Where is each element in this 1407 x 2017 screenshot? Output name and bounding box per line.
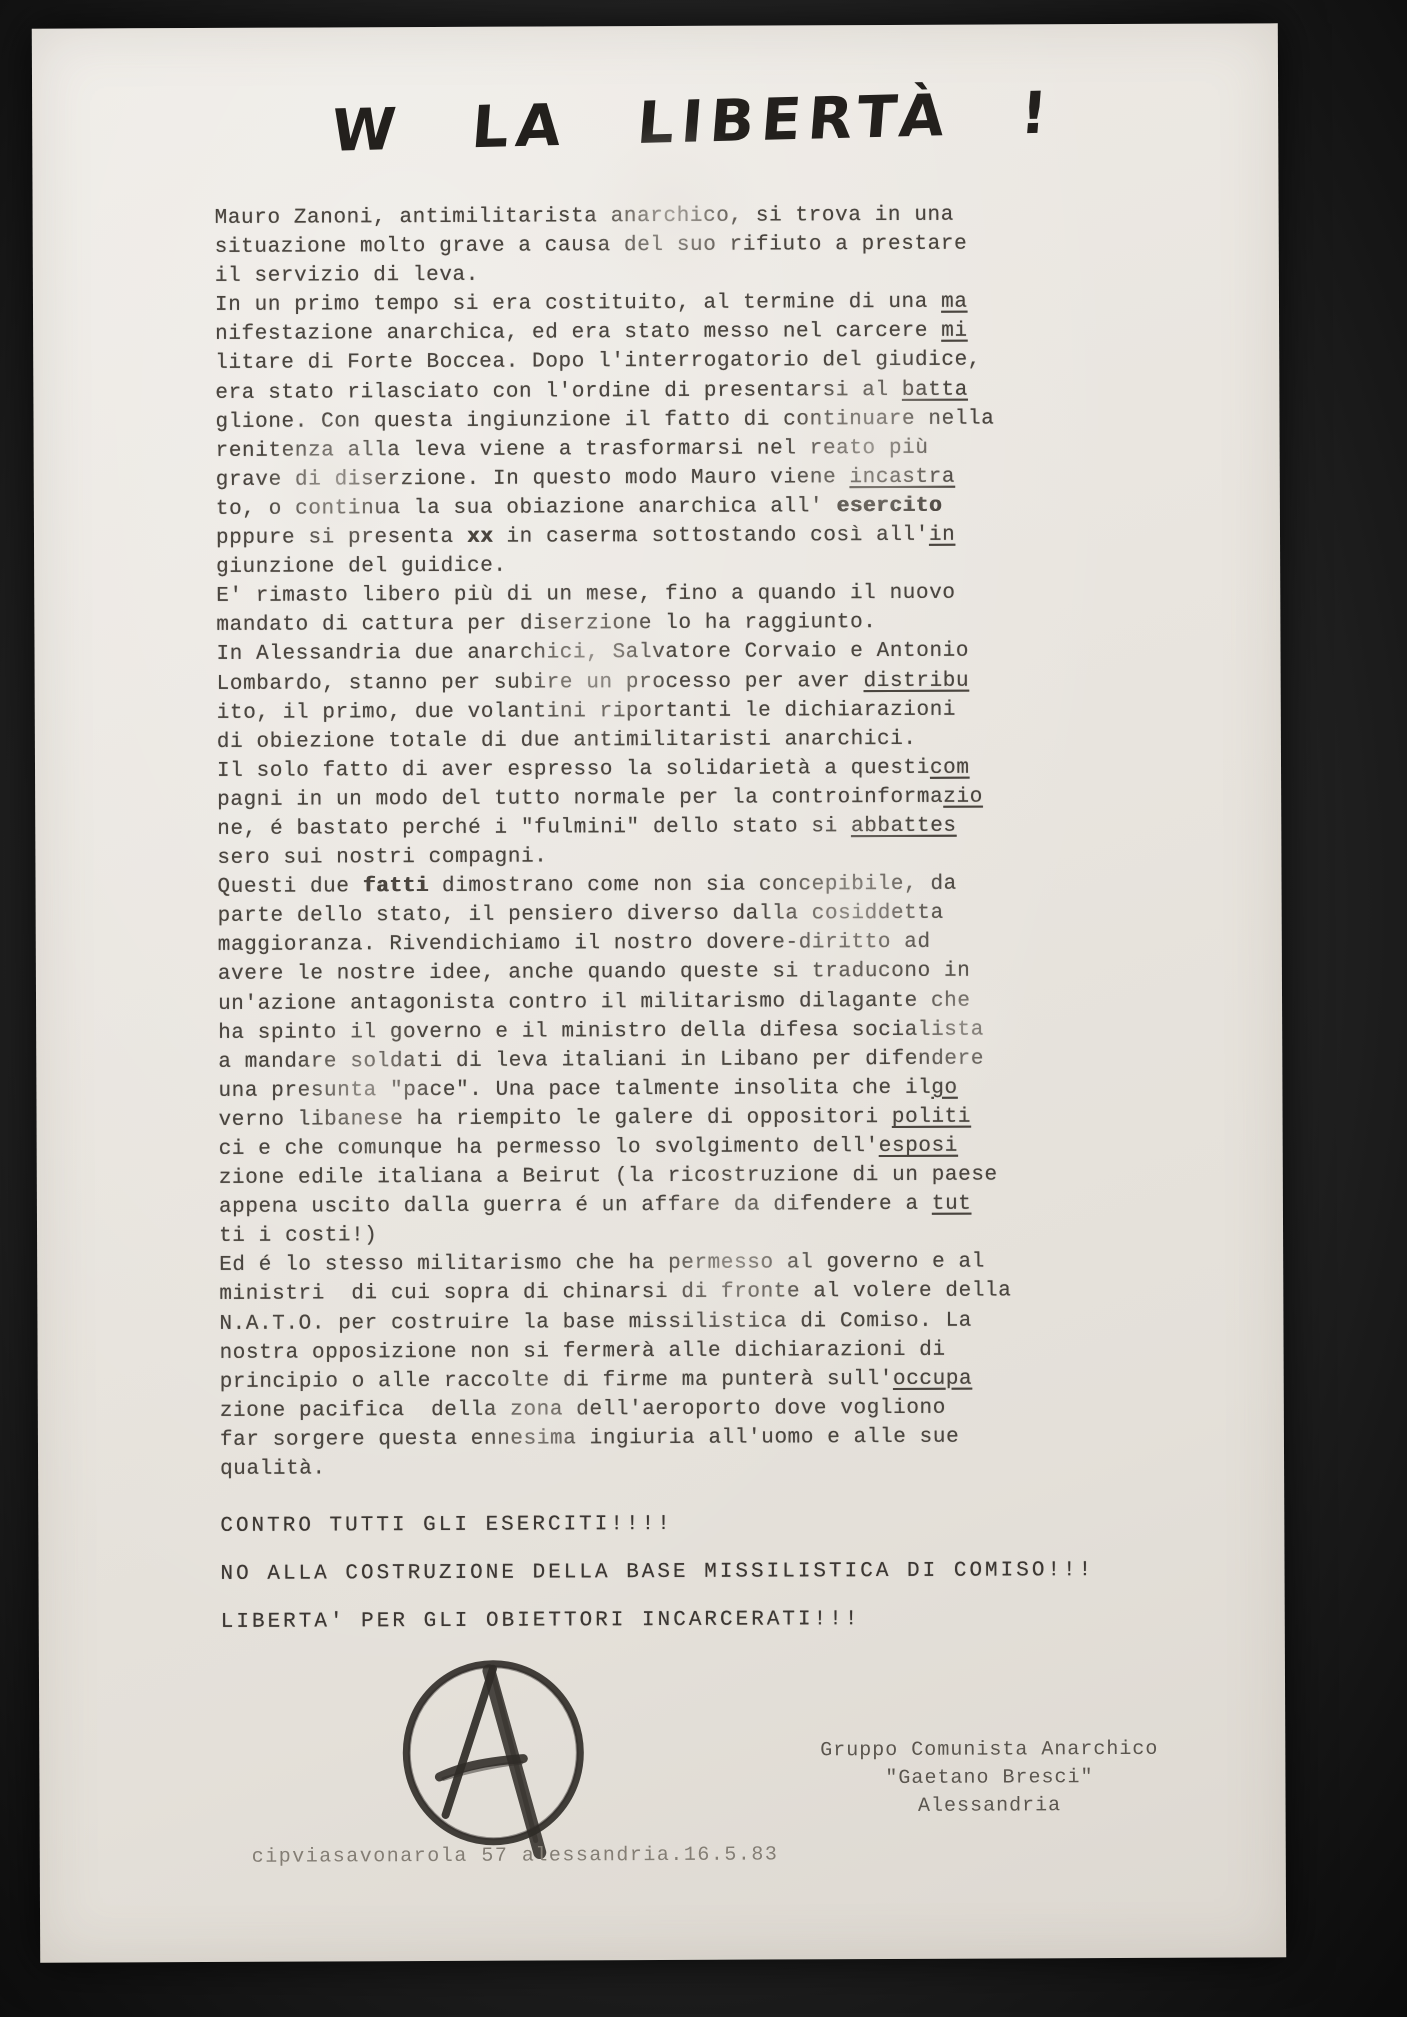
text-line: situazione molto grave a causa del suo r… bbox=[215, 230, 995, 262]
text-line: appena uscito dalla guerra é un affare d… bbox=[219, 1190, 999, 1222]
text-line: verno libanese ha riempito le galere di … bbox=[218, 1102, 998, 1134]
anarchy-circle-a-icon bbox=[389, 1654, 602, 1867]
signature-group: Gruppo Comunista Anarchico bbox=[739, 1735, 1239, 1765]
text-line: parte dello stato, il pensiero diverso d… bbox=[218, 899, 998, 931]
text-line: qualità. bbox=[220, 1452, 1000, 1484]
text-line: pppure si presenta xx in caserma sottost… bbox=[216, 521, 996, 553]
text-line: ti i costi!) bbox=[219, 1219, 999, 1251]
text-line: litare di Forte Boccea. Dopo l'interroga… bbox=[215, 346, 995, 378]
text-line: to, o continua la sua obiazione anarchic… bbox=[216, 491, 996, 523]
text-line: giunzione del guidice. bbox=[216, 550, 996, 582]
body-text: Mauro Zanoni, antimilitarista anarchico,… bbox=[215, 201, 1001, 1485]
text-line: a mandare soldati di leva italiani in Li… bbox=[218, 1044, 998, 1076]
text-line: In Alessandria due anarchici, Salvatore … bbox=[216, 637, 996, 669]
text-line: glione. Con questa ingiunzione il fatto … bbox=[215, 404, 995, 436]
text-line: E' rimasto libero più di un mese, fino a… bbox=[216, 579, 996, 611]
text-line: Lombardo, stanno per subire un processo … bbox=[217, 666, 997, 698]
text-line: grave di diserzione. In questo modo Maur… bbox=[216, 462, 996, 494]
text-line: far sorgere questa ennesima ingiuria all… bbox=[220, 1422, 1000, 1454]
text-line: era stato rilasciato con l'ordine di pre… bbox=[215, 375, 995, 407]
text-line: nostra opposizione non si fermerà alle d… bbox=[220, 1335, 1000, 1367]
footer-imprint: cipviasavonarola 57 alessandria.16.5.83 bbox=[252, 1843, 952, 1869]
text-line: una presunta "pace". Una pace talmente i… bbox=[218, 1073, 998, 1105]
text-line: N.A.T.O. per costruire la base missilist… bbox=[219, 1306, 999, 1338]
text-line: ci e che comunque ha permesso lo svolgim… bbox=[219, 1132, 999, 1164]
text-line: ha spinto il governo e il ministro della… bbox=[218, 1015, 998, 1047]
signature-block: Gruppo Comunista Anarchico "Gaetano Bres… bbox=[739, 1735, 1239, 1821]
text-line: Ed é lo stesso militarismo che ha permes… bbox=[219, 1248, 999, 1280]
signature-name: "Gaetano Bresci" bbox=[739, 1763, 1239, 1793]
slogan-line: NO ALLA COSTRUZIONE DELLA BASE MISSILIST… bbox=[220, 1556, 1180, 1589]
text-line: mandato di cattura per diserzione lo ha … bbox=[216, 608, 996, 640]
text-line: renitenza alla leva viene a trasformarsi… bbox=[216, 433, 996, 465]
document-page: W LA LIBERTÀ ! Mauro Zanoni, antimilitar… bbox=[32, 23, 1286, 1962]
text-line: In un primo tempo si era costituito, al … bbox=[215, 288, 995, 320]
text-line: Il solo fatto di aver espresso la solida… bbox=[217, 753, 997, 785]
photo-background: { "document": { "title": "W LA LIBERTÀ !… bbox=[0, 0, 1407, 2017]
text-line: zione edile italiana a Beirut (la ricost… bbox=[219, 1161, 999, 1193]
text-line: Mauro Zanoni, antimilitarista anarchico,… bbox=[215, 201, 995, 233]
text-line: ne, é bastato perché i "fulmini" dello s… bbox=[217, 811, 997, 843]
text-line: un'azione antagonista contro il militari… bbox=[218, 986, 998, 1018]
text-line: maggioranza. Rivendichiamo il nostro dov… bbox=[218, 928, 998, 960]
text-line: ito, il primo, due volantini riportanti … bbox=[217, 695, 997, 727]
text-line: di obiezione totale di due antimilitaris… bbox=[217, 724, 997, 756]
slogans-block: CONTRO TUTTI GLI ESERCITI!!!!NO ALLA COS… bbox=[220, 1508, 1181, 1656]
signature-city: Alessandria bbox=[739, 1791, 1239, 1821]
text-line: zione pacifica della zona dell'aeroporto… bbox=[220, 1393, 1000, 1425]
text-line: principio o alle raccolte di firme ma pu… bbox=[220, 1364, 1000, 1396]
text-line: pagni in un modo del tutto normale per l… bbox=[217, 782, 997, 814]
slogan-line: LIBERTA' PER GLI OBIETTORI INCARCERATI!!… bbox=[221, 1604, 1181, 1637]
page-title: W LA LIBERTÀ ! bbox=[329, 79, 1036, 165]
text-line: sero sui nostri compagni. bbox=[217, 841, 997, 873]
text-line: nifestazione anarchica, ed era stato mes… bbox=[215, 317, 995, 349]
text-line: ministri di cui sopra di chinarsi di fro… bbox=[219, 1277, 999, 1309]
text-line: Questi due fatti dimostrano come non sia… bbox=[217, 870, 997, 902]
text-line: il servizio di leva. bbox=[215, 259, 995, 291]
text-line: avere le nostre idee, anche quando quest… bbox=[218, 957, 998, 989]
slogan-line: CONTRO TUTTI GLI ESERCITI!!!! bbox=[220, 1508, 1180, 1541]
